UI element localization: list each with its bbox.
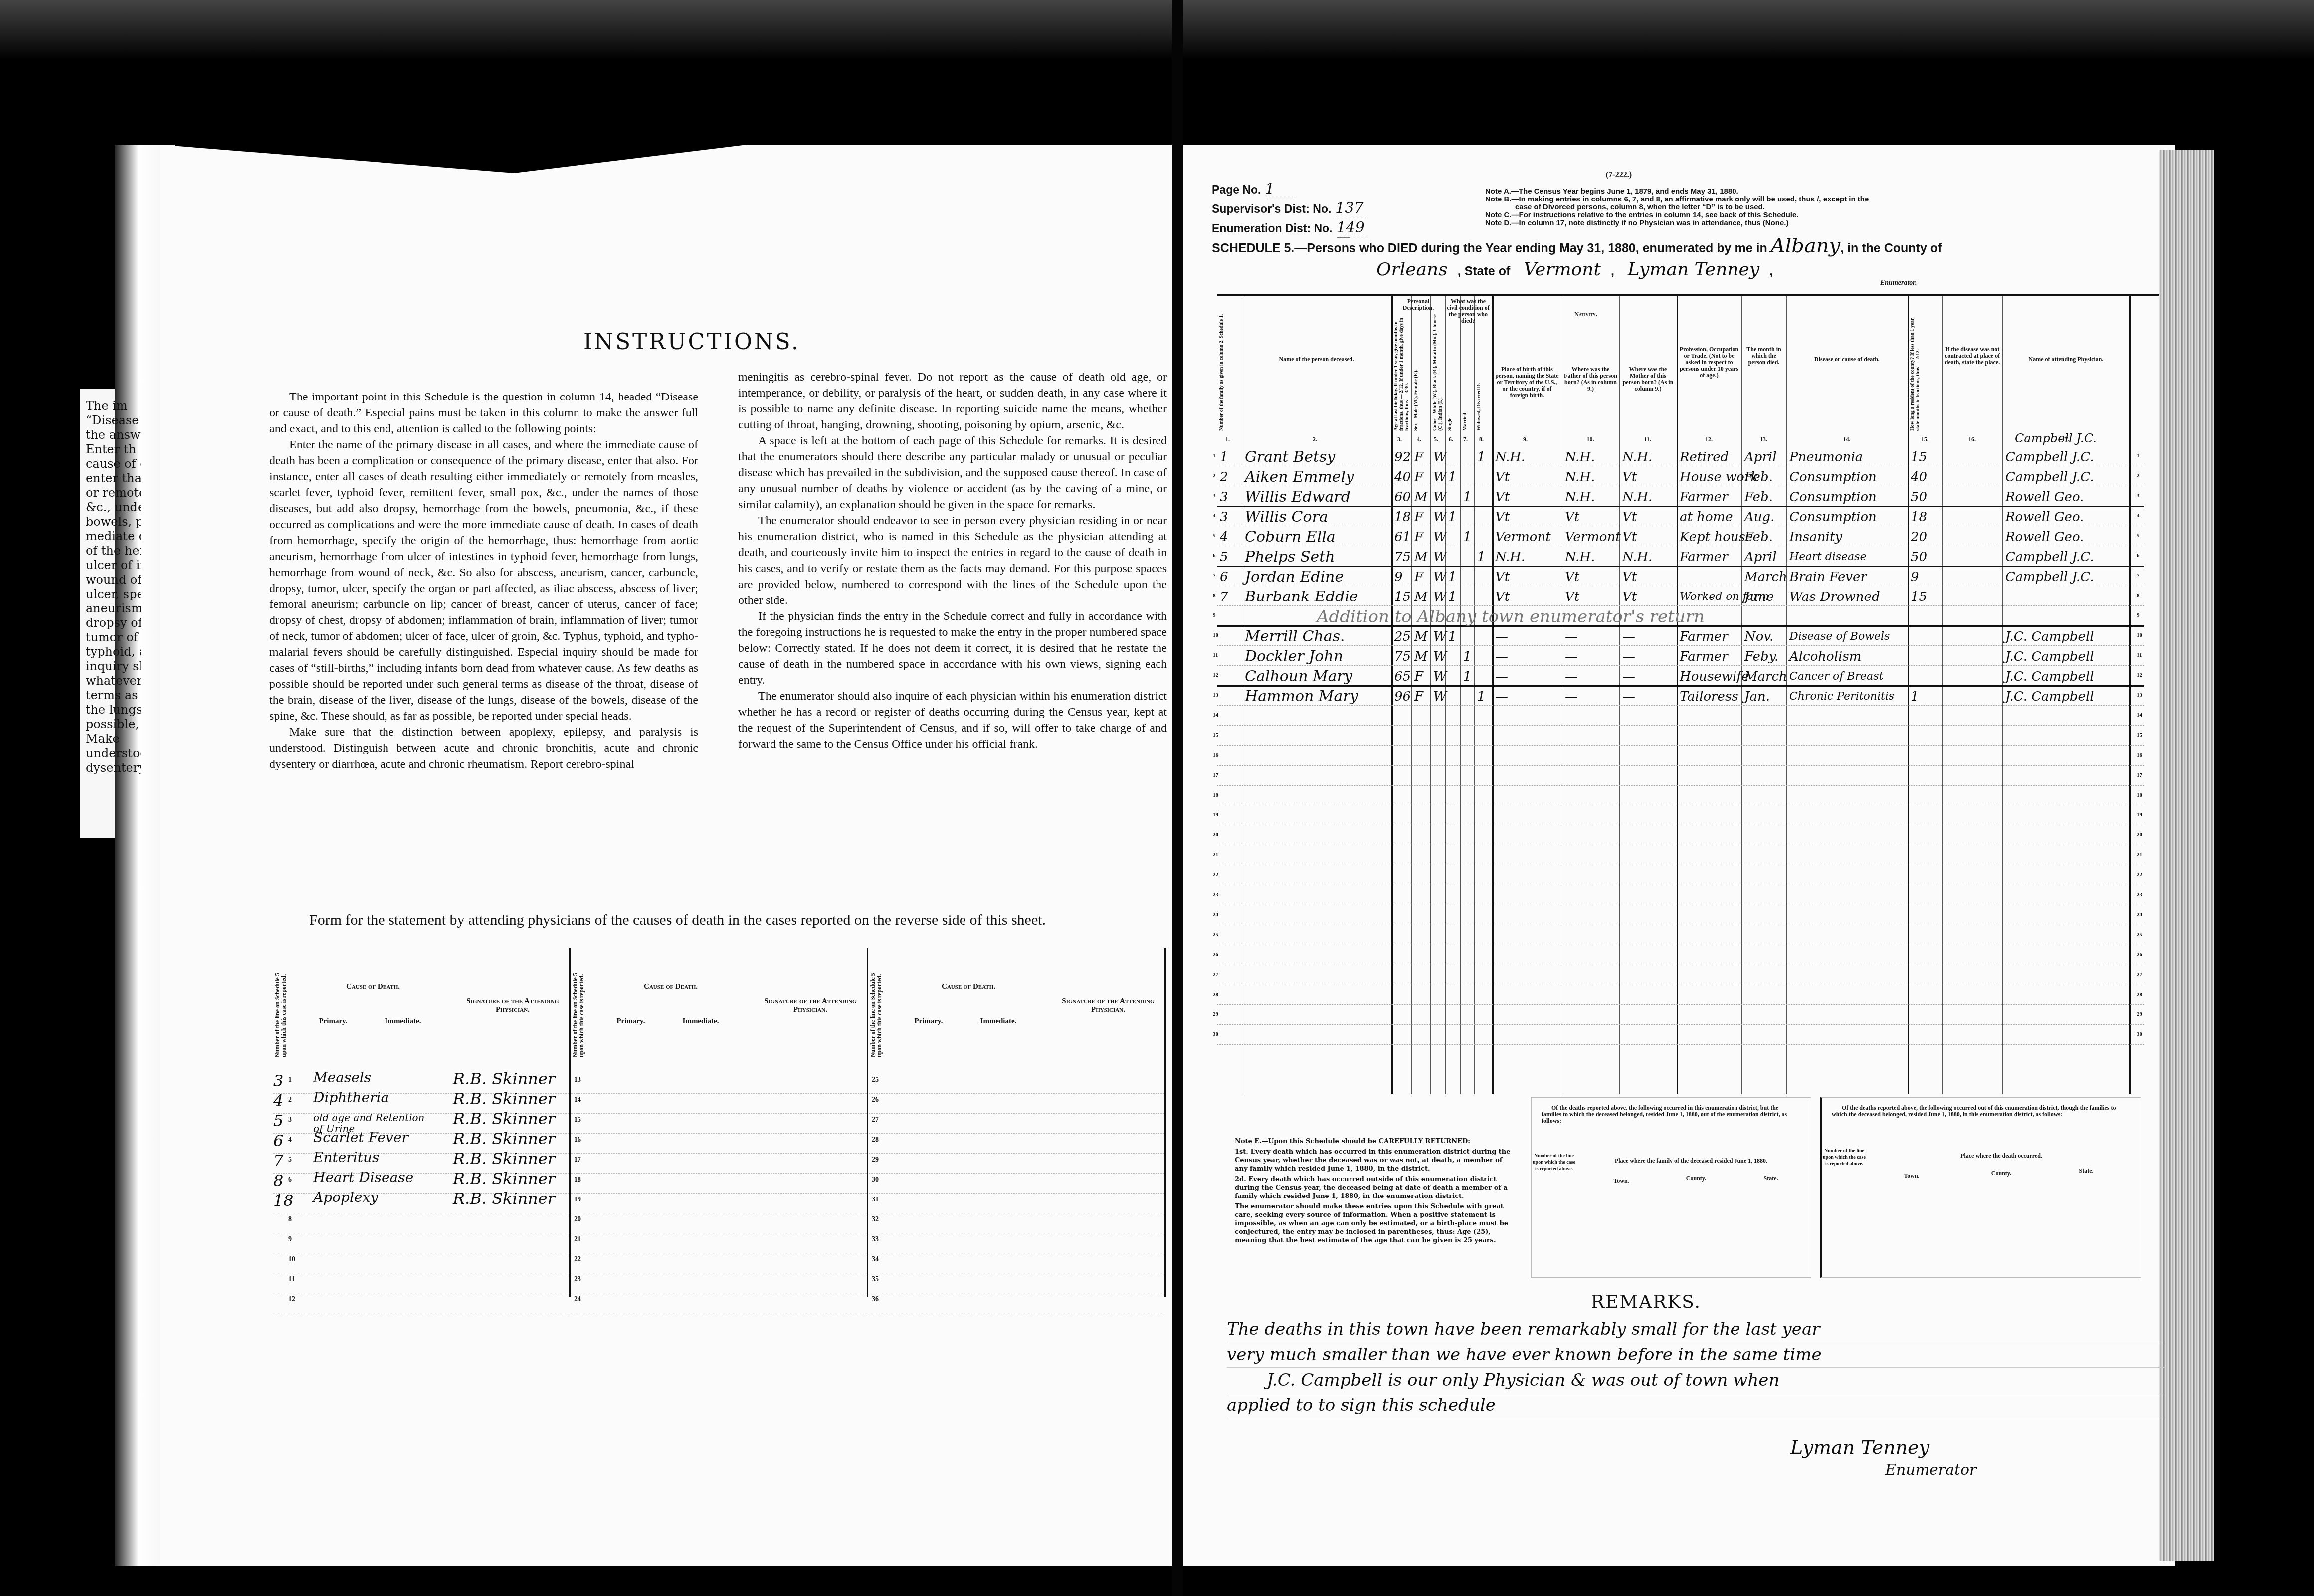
town-header: Town.: [1591, 1178, 1651, 1184]
cell-cause: Was Drowned: [1789, 589, 1880, 605]
table-row: 5Phelps Seth75MW1N.H.N.H.N.H.FarmerApril…: [1217, 549, 2144, 569]
cell-residence: 50: [1911, 489, 1927, 506]
town-value: Albany: [1771, 234, 1841, 257]
cell-cause: Alcoholism: [1789, 648, 1861, 665]
table-row: Hammon Mary96FW1———TailoressJan.Chronic …: [1217, 688, 2144, 708]
row-divider: [1217, 845, 2144, 845]
form-row: [869, 1092, 1164, 1114]
cell-sex: F: [1414, 469, 1423, 486]
cell-family: 6: [1220, 569, 1228, 586]
column-header: Name of attending Physician.: [2004, 356, 2127, 363]
cell-mother-birthplace: —: [1622, 628, 1635, 645]
supervisor-no-value: 137: [1335, 199, 1365, 218]
cell-residence: 15: [1911, 589, 1927, 605]
form-line-number: 19: [574, 1196, 581, 1204]
cell-color: W: [1433, 569, 1447, 586]
cell-month: March: [1744, 668, 1787, 685]
cell-color: W: [1433, 628, 1447, 645]
column-number: 15.: [1921, 436, 1928, 443]
form-row: [869, 1112, 1164, 1134]
cell-father-birthplace: —: [1565, 688, 1578, 705]
form-line-number: 26: [872, 1096, 879, 1104]
column-header: Color—White (W.), Black (B.), Mulatto (M…: [1432, 311, 1443, 431]
line-number-left: 5: [1213, 533, 1216, 539]
form-row: [869, 1132, 1164, 1154]
form-line-number: 13: [574, 1076, 581, 1084]
column-number: 6.: [1449, 436, 1453, 443]
line-number-right: 28: [2137, 992, 2142, 997]
cell-residence: 20: [1911, 529, 1927, 546]
cell-mother-birthplace: —: [1622, 648, 1635, 665]
civil-condition-header: What was the civil condition of the pers…: [1446, 298, 1490, 324]
form-row: [571, 1132, 867, 1154]
town-header: Town.: [1882, 1173, 1941, 1179]
form-row: [273, 1252, 569, 1273]
line-number-header: Number of the line upon which the case i…: [1532, 1153, 1576, 1172]
form-row: [273, 1272, 569, 1293]
table-row: 3Willis Edward60MW1VtN.H.N.H.FarmerFeb.C…: [1217, 489, 2144, 509]
fragment-line: “Disease or: [86, 413, 141, 428]
physician-signature: R.B. Skinner: [453, 1109, 555, 1128]
cell-color: W: [1433, 589, 1447, 605]
cell-birthplace: —: [1495, 628, 1508, 645]
enumerator-label: Enumerator.: [1880, 279, 1917, 287]
fragment-line: inquiry shou: [86, 659, 141, 674]
cell-age: 61: [1394, 529, 1411, 546]
form-row: [571, 1172, 867, 1194]
fragment-line: terms as dis: [86, 688, 141, 703]
cell-married: 1: [1463, 648, 1472, 665]
cause-of-death-header: Cause of Death.: [601, 983, 741, 991]
cell-sex: F: [1414, 449, 1423, 466]
line-number-header: Number of the line upon which the case i…: [1822, 1148, 1867, 1167]
header-physician-note: Campbell J.C.: [2015, 430, 2097, 447]
fragment-line: or remotely: [86, 486, 141, 500]
line-number-left: 2: [1213, 473, 1216, 479]
line-number-left: 24: [1213, 912, 1218, 918]
fragment-line: &c., under th: [86, 500, 141, 515]
line-number-right: 27: [2137, 972, 2142, 978]
form-row: [869, 1152, 1164, 1174]
cell-physician: Campbell J.C.: [2005, 569, 2094, 586]
line-number-left: 17: [1213, 772, 1218, 778]
note-e: Note E.—Upon this Schedule should be CAR…: [1235, 1137, 1514, 1247]
cell-sex: M: [1414, 549, 1428, 566]
cell-sex: M: [1414, 489, 1428, 506]
remarks-text: The deaths in this town have been remark…: [1227, 1317, 2164, 1418]
line-number-right: 17: [2137, 772, 2142, 778]
fragment-line: dropsy of ch: [86, 616, 141, 630]
mortality-schedule-table: Number of the family as given in column …: [1217, 294, 2159, 1094]
column-number: 5.: [1434, 436, 1438, 443]
form-line-number: 15: [574, 1116, 581, 1124]
cell-birthplace: Vt: [1495, 509, 1510, 526]
remarks-line: The deaths in this town have been remark…: [1227, 1317, 2164, 1342]
cell-name: Calhoun Mary: [1245, 668, 1352, 685]
table-row: Dockler John75MW1———FarmerFeby.Alcoholis…: [1217, 648, 2144, 668]
cell-father-birthplace: Vermont: [1565, 529, 1621, 546]
cell-family: 2: [1220, 469, 1228, 486]
form-line-number: 12: [288, 1296, 295, 1304]
form-line-number: 32: [872, 1216, 879, 1224]
column-number: 13.: [1760, 436, 1767, 443]
line-number-right: 24: [2137, 912, 2142, 918]
line-number-left: 6: [1213, 553, 1216, 559]
cell-name: Dockler John: [1245, 648, 1343, 665]
row-divider: [1217, 725, 2144, 726]
primary-header: Primary.: [894, 1017, 964, 1026]
cell-physician: J.C. Campbell: [2005, 688, 2094, 705]
row-divider: [1217, 925, 2144, 925]
cell-occupation: at home: [1680, 509, 1733, 526]
cell-birthplace: Vermont: [1495, 529, 1551, 546]
cell-color: W: [1433, 648, 1447, 665]
form-row: [571, 1112, 867, 1134]
cell-widowed: 1: [1477, 688, 1486, 705]
remarks-line: very much smaller than we have ever know…: [1227, 1342, 2164, 1368]
cell-father-birthplace: N.H.: [1565, 469, 1595, 486]
schedule-note: Note C.—For instructions relative to the…: [1485, 211, 1869, 219]
schedule-line-reference: 5: [273, 1111, 283, 1130]
annotation-text: Addition to Albany town enumerator's ret…: [1317, 608, 1705, 625]
cell-birthplace: N.H.: [1495, 449, 1525, 466]
primary-cause-entry: Heart Disease: [313, 1172, 433, 1183]
book-gutter: [1172, 0, 1183, 1596]
cell-single: 1: [1448, 628, 1457, 645]
cell-residence: 15: [1911, 449, 1927, 466]
cell-month: April: [1744, 449, 1776, 466]
cell-physician: J.C. Campbell: [2005, 628, 2094, 645]
cell-name: Merrill Chas.: [1245, 628, 1345, 645]
form-row: [571, 1212, 867, 1233]
cell-age: 9: [1394, 569, 1403, 586]
fragment-line: bowels, pneu: [86, 515, 141, 529]
cell-sex: M: [1414, 628, 1428, 645]
cell-residence: 18: [1911, 509, 1927, 526]
form-line-number: 21: [574, 1236, 581, 1244]
county-header: County.: [1666, 1175, 1726, 1182]
cell-occupation: Farmer: [1680, 549, 1728, 566]
schedule-line-reference: 4: [273, 1091, 283, 1110]
physician-statement-form: Number of the line on Schedule 5 upon wh…: [273, 948, 1166, 1307]
row-divider: [1217, 945, 2144, 945]
form-line-number: 29: [872, 1156, 879, 1164]
line-number-left: 21: [1213, 852, 1218, 858]
cell-father-birthplace: N.H.: [1565, 489, 1595, 506]
form-line-number: 27: [872, 1116, 879, 1124]
physician-signature: R.B. Skinner: [453, 1089, 555, 1108]
instruction-paragraph: meningitis as cerebro-spinal fever. Do n…: [738, 369, 1167, 433]
cell-birthplace: Vt: [1495, 569, 1510, 586]
cell-widowed: 1: [1477, 449, 1486, 466]
schedule-line-reference: 7: [273, 1151, 283, 1170]
cell-physician: Campbell J.C.: [2005, 469, 2094, 486]
cell-sex: F: [1414, 688, 1423, 705]
fragment-line: wound of ne: [86, 573, 141, 587]
scanner-shadow: [0, 0, 2314, 150]
note-e-para-1: 1st. Every death which has occurred in t…: [1235, 1148, 1514, 1173]
table-row: 7Burbank Eddie15MW1VtVtVtWorked on farmJ…: [1217, 589, 2144, 608]
immediate-header: Immediate.: [368, 1017, 438, 1026]
page-no-value: 1: [1265, 180, 1295, 199]
fragment-line: The im: [86, 399, 141, 413]
column-header: Single: [1447, 381, 1453, 431]
cell-physician: Campbell J.C.: [2005, 549, 2094, 566]
line-number-left: 27: [1213, 972, 1218, 978]
column-number: 9.: [1523, 436, 1528, 443]
cell-name: Willis Edward: [1245, 489, 1350, 506]
cell-name: Aiken Emmely: [1245, 469, 1354, 486]
row-divider: [1217, 805, 2144, 805]
column-number: 7.: [1463, 436, 1468, 443]
supervisor-label: Supervisor's Dist: No.: [1212, 202, 1331, 215]
primary-cause-entry: Enteritus: [313, 1152, 433, 1163]
cell-physician: Rowell Geo.: [2005, 529, 2084, 546]
primary-header: Primary.: [596, 1017, 666, 1026]
physician-form-block: Number of the line on Schedule 5 upon wh…: [273, 948, 571, 1297]
column-header: Name of the person deceased.: [1244, 356, 1389, 363]
cell-mother-birthplace: Vt: [1622, 469, 1637, 486]
line-number-header: Number of the line on Schedule 5 upon wh…: [572, 968, 585, 1057]
cell-month: Feby.: [1744, 648, 1778, 665]
cell-family: 4: [1220, 529, 1228, 546]
cell-birthplace: Vt: [1495, 469, 1510, 486]
table-row: 1Grant Betsy92FW1N.H.N.H.N.H.RetiredApri…: [1217, 449, 2144, 469]
immediate-header: Immediate.: [964, 1017, 1033, 1026]
schedule-note: case of Divorced persons, column 8, when…: [1485, 203, 1869, 211]
cell-color: W: [1433, 668, 1447, 685]
cell-name: Burbank Eddie: [1245, 589, 1358, 605]
primary-cause-entry: Scarlet Fever: [313, 1132, 433, 1143]
instruction-paragraph: Make sure that the distinction between a…: [269, 724, 698, 772]
form-line-number: 35: [872, 1276, 879, 1284]
cell-birthplace: Vt: [1495, 489, 1510, 506]
cell-age: 96: [1394, 688, 1411, 705]
cell-age: 18: [1394, 509, 1411, 526]
column-header: Number of the family as given in column …: [1219, 311, 1224, 431]
cell-married: 1: [1463, 529, 1472, 546]
cell-name: Coburn Ella: [1245, 529, 1336, 546]
line-number-right: 21: [2137, 852, 2142, 858]
row-divider: [1217, 765, 2144, 766]
line-number-right: 30: [2137, 1031, 2142, 1037]
fragment-line: cause of dea: [86, 457, 141, 471]
cell-family: 7: [1220, 589, 1228, 605]
form-line-number: 34: [872, 1256, 879, 1264]
form-line-number: 22: [574, 1256, 581, 1264]
cell-sex: F: [1414, 569, 1423, 586]
state-header: State.: [2056, 1168, 2116, 1174]
physician-signature: R.B. Skinner: [453, 1149, 555, 1168]
cell-father-birthplace: —: [1565, 648, 1578, 665]
place-table-outside-district: Of the deaths reported above, the follow…: [1820, 1097, 2141, 1278]
form-line-number: 23: [574, 1276, 581, 1284]
line-number-right: 25: [2137, 932, 2142, 938]
line-number-left: 7: [1213, 573, 1216, 579]
cell-mother-birthplace: Vt: [1622, 529, 1637, 546]
line-number-header: Number of the line on Schedule 5 upon wh…: [870, 968, 883, 1057]
form-line-number: 1: [288, 1076, 292, 1084]
form-line-number: 25: [872, 1076, 879, 1084]
cell-family: 3: [1220, 489, 1228, 506]
form-line-number: 36: [872, 1296, 879, 1304]
table-row: Addition to Albany town enumerator's ret…: [1217, 608, 2144, 628]
form-row: [571, 1232, 867, 1253]
place-header: Place where the family of the deceased r…: [1581, 1158, 1801, 1164]
cell-color: W: [1433, 549, 1447, 566]
cell-occupation: Retired: [1680, 449, 1729, 466]
cell-birthplace: —: [1495, 668, 1508, 685]
instruction-paragraph: A space is left at the bottom of each pa…: [738, 433, 1167, 513]
form-line-number: 24: [574, 1296, 581, 1304]
column-header: The month in which the person died.: [1743, 346, 1784, 366]
schedule-notes: Note A.—The Census Year begins June 1, 1…: [1485, 188, 1869, 227]
remarks-line: J.C. Campbell is our only Physician & wa…: [1227, 1368, 2164, 1393]
line-number-right: 19: [2137, 812, 2142, 818]
cell-birthplace: N.H.: [1495, 549, 1525, 566]
cell-birthplace: —: [1495, 648, 1508, 665]
enumerator-signature: Lyman Tenney: [1790, 1436, 1929, 1458]
cell-occupation: Housewife: [1680, 668, 1749, 685]
cell-name: Jordan Edine: [1245, 569, 1344, 586]
cell-mother-birthplace: Vt: [1622, 509, 1637, 526]
cell-color: W: [1433, 469, 1447, 486]
column-header: Age at last birthday. If under 1 year, g…: [1393, 311, 1410, 431]
immediate-header: Immediate.: [666, 1017, 736, 1026]
primary-cause-entry: Apoplexy: [313, 1192, 433, 1203]
row-divider: [1217, 825, 2144, 825]
cell-single: 1: [1448, 509, 1457, 526]
form-row: [869, 1212, 1164, 1233]
cell-cause: Heart disease: [1789, 549, 1867, 566]
cell-name: Grant Betsy: [1245, 449, 1335, 466]
cell-color: W: [1433, 489, 1447, 506]
fragment-line: tumor of ne: [86, 630, 141, 645]
column-number: 3.: [1397, 436, 1402, 443]
cell-residence: 9: [1911, 569, 1919, 586]
remarks-line: applied to to sign this schedule: [1227, 1393, 2164, 1418]
physician-form-block: Number of the line on Schedule 5 upon wh…: [869, 948, 1166, 1297]
cell-mother-birthplace: N.H.: [1622, 489, 1652, 506]
fragment-line: ulcer of int: [86, 558, 141, 573]
form-line-number: 16: [574, 1136, 581, 1144]
cell-cause: Cancer of Breast: [1789, 668, 1883, 685]
line-number-right: 22: [2137, 872, 2142, 878]
state-value: Vermont: [1524, 259, 1601, 280]
form-line-number: 4: [288, 1136, 292, 1144]
form-line-number: 31: [872, 1196, 879, 1204]
enumeration-label: Enumeration Dist: No.: [1212, 222, 1333, 235]
cell-married: 1: [1463, 668, 1472, 685]
cell-widowed: 1: [1477, 549, 1486, 566]
county-header: County.: [1971, 1170, 2031, 1177]
schedule-line-reference: 8: [273, 1171, 283, 1190]
cell-residence: 40: [1911, 469, 1927, 486]
cell-occupation: Farmer: [1680, 628, 1728, 645]
line-number-left: 1: [1213, 453, 1216, 459]
cell-name: Hammon Mary: [1245, 688, 1358, 705]
cell-month: Nov.: [1744, 628, 1773, 645]
table-row: 3Willis Cora18FW1VtVtVtat homeAug.Consum…: [1217, 509, 2144, 529]
page-stack-edges: [2159, 150, 2214, 1561]
schedule-title-prefix: SCHEDULE 5.—Persons who DIED during the …: [1212, 241, 1767, 255]
cell-month: March: [1744, 569, 1787, 586]
column-header: Married: [1462, 381, 1468, 431]
physician-signature: R.B. Skinner: [453, 1129, 555, 1148]
cell-physician: J.C. Campbell: [2005, 668, 2094, 685]
column-number: 4.: [1417, 436, 1421, 443]
column-number: 11.: [1644, 436, 1651, 443]
cell-birthplace: —: [1495, 688, 1508, 705]
cell-physician: Rowell Geo.: [2005, 509, 2084, 526]
remarks-title: REMARKS.: [1591, 1292, 1701, 1312]
cause-of-death-header: Cause of Death.: [303, 983, 443, 991]
cell-occupation: Kept house: [1680, 529, 1753, 546]
line-number-left: 3: [1213, 493, 1216, 499]
row-divider: [1217, 985, 2144, 985]
form-line-number: 33: [872, 1236, 879, 1244]
table-row: 6Jordan Edine9FW1VtVtVtMarchBrain Fever9…: [1217, 569, 2144, 589]
line-number-left: 8: [1213, 593, 1216, 598]
page-no-label: Page No.: [1212, 183, 1261, 196]
instruction-paragraph: The enumerator should also inquire of ea…: [738, 688, 1167, 752]
form-row: [869, 1232, 1164, 1253]
line-number-left: 28: [1213, 992, 1218, 997]
line-number-left: 30: [1213, 1031, 1218, 1037]
enumerator-name: Lyman Tenney: [1628, 259, 1759, 280]
cell-age: 75: [1394, 549, 1411, 566]
form-line-number: 20: [574, 1216, 581, 1224]
cell-birthplace: Vt: [1495, 589, 1510, 605]
line-number-right: 29: [2137, 1011, 2142, 1017]
physician-form-block: Number of the line on Schedule 5 upon wh…: [571, 948, 868, 1297]
cell-physician: Rowell Geo.: [2005, 489, 2084, 506]
fragment-line: typhoid, and: [86, 645, 141, 659]
cell-single: 1: [1448, 589, 1457, 605]
schedule-location-line: Orleans, State of Vermont, Lyman Tenney,: [1366, 259, 1773, 280]
form-line-number: 11: [288, 1276, 295, 1284]
cell-sex: M: [1414, 589, 1428, 605]
place-header: Place where the death occurred.: [1872, 1153, 2131, 1159]
fragment-line: Make: [86, 732, 141, 746]
column-number: 14.: [1843, 436, 1851, 443]
row-divider: [1217, 905, 2144, 905]
cell-father-birthplace: Vt: [1565, 569, 1579, 586]
line-number-right: 18: [2137, 792, 2142, 798]
form-row: [869, 1292, 1164, 1313]
primary-cause-entry: Measels: [313, 1072, 433, 1083]
column-header: Profession, Occupation or Trade. (Not to…: [1679, 346, 1739, 379]
form-line-number: 5: [288, 1156, 292, 1164]
form-line-number: 10: [288, 1256, 295, 1264]
table-row: 2Aiken Emmely40FW1VtN.H.VtHouse workFeb.…: [1217, 469, 2144, 489]
line-number-right: 14: [2137, 712, 2142, 718]
cell-sex: F: [1414, 509, 1423, 526]
column-number: 2.: [1313, 436, 1317, 443]
cell-family: 3: [1220, 509, 1228, 526]
fragment-line: enter that al: [86, 471, 141, 486]
cell-cause: Consumption: [1789, 469, 1877, 486]
line-number-left: 4: [1213, 513, 1216, 519]
cell-color: W: [1433, 529, 1447, 546]
place-table-intro: Of the deaths reported above, the follow…: [1542, 1105, 1793, 1124]
fragment-line: the answer fu: [86, 428, 141, 442]
line-number-right: 23: [2137, 892, 2142, 898]
column-header: Where was the Mother of this person born…: [1621, 366, 1675, 392]
cell-father-birthplace: Vt: [1565, 589, 1579, 605]
column-number: 16.: [1968, 436, 1976, 443]
form-line-number: 17: [574, 1156, 581, 1164]
